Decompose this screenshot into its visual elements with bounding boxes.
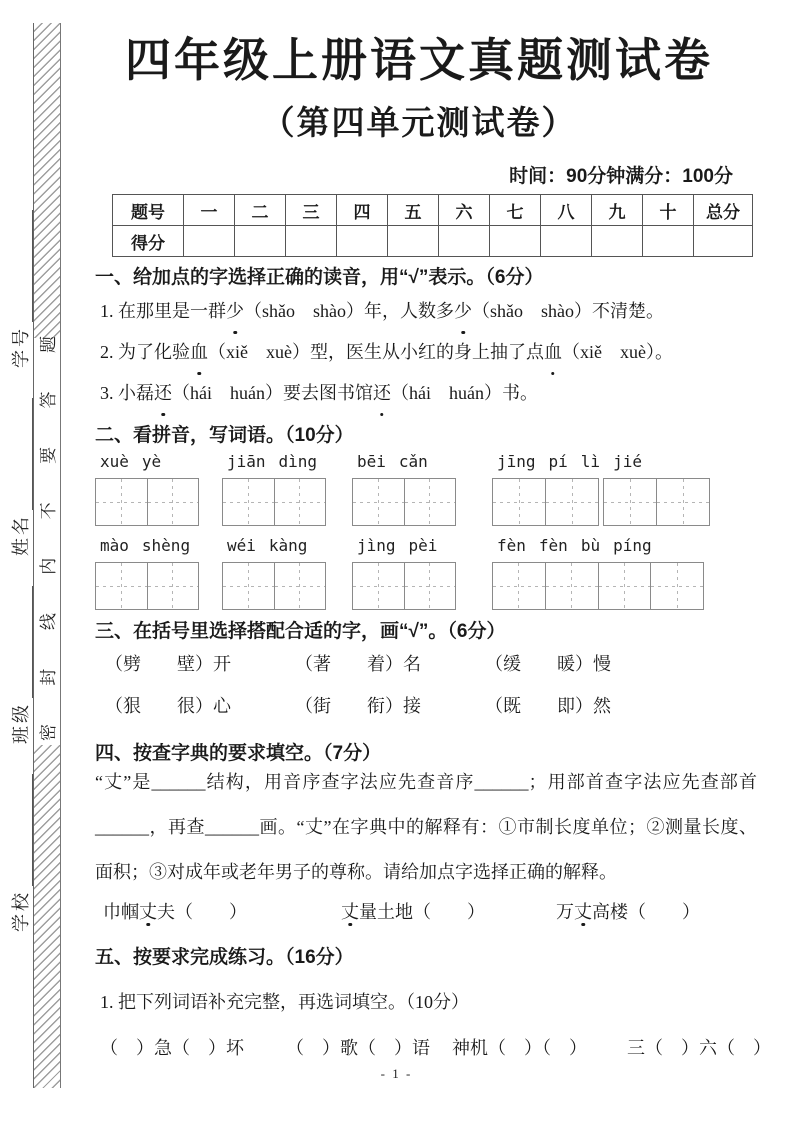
- choice-item: （劈 壁）开: [105, 652, 295, 676]
- writing-cell: [650, 563, 703, 609]
- score-table-header-cell: 六: [439, 195, 490, 226]
- pinyin-syllable: xuè: [100, 452, 129, 473]
- writing-cell: [353, 563, 404, 609]
- writing-cell: [274, 479, 326, 525]
- text-segment: （xiě xuè）型，医生从小红的身上抽了点: [208, 342, 544, 362]
- exam-meta: 时间：90分钟满分：100分: [509, 161, 733, 188]
- writing-cell: [545, 563, 598, 609]
- student-field: 姓名: [7, 398, 33, 556]
- seal-char: 线: [34, 613, 59, 630]
- pinyin-grid-group: jiāndìng: [222, 452, 326, 526]
- section-5-fill-row: （ ）急（ ）坏（ ）歌（ ）语神机（ ）（ ）三（ ）六（ ）: [100, 1034, 771, 1060]
- dotted-char: 血: [190, 332, 208, 373]
- pinyin-label: xuèyè: [100, 452, 199, 473]
- writing-box: [222, 562, 326, 610]
- score-table-header-cell: 十: [643, 195, 694, 226]
- writing-cell: [223, 479, 274, 525]
- score-empty-cell: [643, 226, 694, 257]
- student-field-label: 姓名: [7, 514, 33, 556]
- score-table-header-row: 题号一二三四五六七八九十总分: [113, 195, 753, 226]
- choice-item: （著 着）名: [295, 652, 485, 676]
- question-line: 2. 为了化验血（xiě xuè）型，医生从小红的身上抽了点血（xiě xuè）…: [100, 332, 673, 373]
- idiom-fill-item: （ ）歌（ ）语: [286, 1034, 452, 1060]
- student-field: 学校: [7, 774, 33, 932]
- score-empty-cell: [490, 226, 541, 257]
- writing-box: [492, 478, 599, 526]
- seal-char: 内: [34, 558, 59, 575]
- pinyin-syllable: fèn: [497, 536, 526, 557]
- pinyin-syllable: mào: [100, 536, 129, 557]
- pinyin-grid-group: xuèyè: [95, 452, 199, 526]
- hatch-pattern-bottom: [34, 745, 60, 1088]
- pinyin-syllable: jié: [613, 452, 642, 473]
- text-segment: 万: [556, 902, 574, 922]
- dotted-char: 丈: [341, 898, 359, 924]
- writing-cell: [353, 479, 404, 525]
- pinyin-syllable: shèng: [142, 536, 190, 557]
- question-line: 1. 在那里是一群少（shǎo shào）年，人数多少（shǎo shào）不清…: [100, 291, 673, 332]
- pinyin-syllable: dìng: [279, 452, 318, 473]
- page-number: - 1 -: [0, 1066, 793, 1082]
- writing-cell: [96, 479, 147, 525]
- pinyin-grid-group: jīngpílìjié: [492, 452, 704, 526]
- score-empty-cell: [286, 226, 337, 257]
- writing-cell: [656, 479, 709, 525]
- section-5-heading: 五、按要求完成练习。（16分）: [95, 942, 354, 969]
- pinyin-grid-row: màoshèngwéikàngjìngpèifènfènbùpíng: [95, 536, 704, 610]
- pinyin-syllable: jīng: [497, 452, 536, 473]
- pinyin-label: bēicǎn: [357, 452, 456, 473]
- section-1-items: 1. 在那里是一群少（shǎo shào）年，人数多少（shǎo shào）不清…: [100, 291, 673, 414]
- pinyin-grid-group: bēicǎn: [352, 452, 456, 526]
- section-4-paragraph: “丈”是______结构，用音序查字法应先查音序______；用部首查字法应先查…: [95, 760, 757, 895]
- dictionary-phrase: 巾帼丈夫（ ）: [103, 898, 341, 924]
- score-table-header-cell: 八: [541, 195, 592, 226]
- seal-line-text: 密封线内不要答题: [34, 332, 59, 745]
- student-field-label: 班级: [7, 702, 33, 744]
- text-segment: 高楼（ ）: [592, 902, 700, 922]
- writing-box: [95, 478, 199, 526]
- score-table-score-row: 得分: [113, 226, 753, 257]
- dictionary-phrase: 丈量土地（ ）: [341, 898, 556, 924]
- student-field: 学号: [7, 210, 33, 368]
- text-segment: 2. 为了化验: [100, 342, 190, 362]
- pinyin-syllable: cǎn: [399, 452, 428, 473]
- pinyin-grid-row: xuèyèjiāndìngbēicǎnjīngpílìjié: [95, 452, 704, 526]
- choice-item: （既 即）然: [485, 694, 675, 718]
- dotted-char: 少: [454, 291, 472, 332]
- score-table-header-cell: 三: [286, 195, 337, 226]
- score-empty-cell: [235, 226, 286, 257]
- pinyin-syllable: yè: [142, 452, 161, 473]
- score-empty-cell: [184, 226, 235, 257]
- writing-cell: [493, 563, 545, 609]
- pinyin-label: jìngpèi: [357, 536, 456, 557]
- page-title: 四年级上册语文真题测试卷: [70, 24, 768, 90]
- writing-box: [603, 478, 710, 526]
- dotted-char: 少: [226, 291, 244, 332]
- pinyin-syllable: kàng: [269, 536, 308, 557]
- section-2-heading: 二、看拼音，写词语。（10分）: [95, 420, 354, 447]
- choice-row: （劈 壁）开（著 着）名（缓 暖）慢: [105, 652, 675, 676]
- idiom-fill-item: 神机（ ）（ ）: [452, 1034, 627, 1060]
- student-field-blank: [17, 398, 33, 510]
- exam-paper-page: 学校班级姓名学号 密封线内不要答题 四年级上册语文真题测试卷 （第四单元测试卷）…: [0, 0, 793, 1122]
- writing-box: [95, 562, 199, 610]
- pinyin-label: fènfènbùpíng: [497, 536, 704, 557]
- text-segment: 量土地（ ）: [359, 902, 485, 922]
- dotted-char: 丈: [574, 898, 592, 924]
- text-segment: （shǎo shào）不清楚。: [472, 301, 664, 321]
- text-segment: 1. 在那里是一群: [100, 301, 226, 321]
- seal-char: 不: [34, 502, 59, 519]
- pinyin-syllable: lì: [581, 452, 600, 473]
- choice-item: （狠 很）心: [105, 694, 295, 718]
- writing-cell: [604, 479, 656, 525]
- text-segment: （shǎo shào）年，人数多: [244, 301, 454, 321]
- choice-item: （街 衔）接: [295, 694, 485, 718]
- writing-cell: [404, 479, 456, 525]
- writing-cell: [274, 563, 326, 609]
- section-2-pinyin-grids: xuèyèjiāndìngbēicǎnjīngpílìjiémàoshèngwé…: [95, 452, 704, 610]
- text-segment: （hái huán）书。: [391, 383, 538, 403]
- section-5-item-1: 1. 把下列词语补充完整，再选词填空。（10分）: [100, 988, 469, 1014]
- dotted-char: 还: [154, 373, 172, 414]
- seal-char: 要: [34, 447, 59, 464]
- pinyin-grid-group: màoshèng: [95, 536, 199, 610]
- student-field-label: 学号: [7, 326, 33, 368]
- student-field: 班级: [7, 586, 33, 744]
- writing-box: [492, 562, 704, 610]
- section-3-items: （劈 壁）开（著 着）名（缓 暖）慢（狠 很）心（街 衔）接（既 即）然: [105, 652, 675, 718]
- writing-cell: [598, 563, 651, 609]
- pinyin-syllable: pí: [549, 452, 568, 473]
- writing-box: [352, 562, 456, 610]
- student-field-blank: [17, 774, 33, 886]
- dotted-char: 丈: [139, 898, 157, 924]
- dotted-char: 血: [544, 332, 562, 373]
- text-segment: （xiě xuè）。: [562, 342, 673, 362]
- pinyin-syllable: píng: [613, 536, 652, 557]
- seal-char: 封: [34, 669, 59, 686]
- section-1-heading: 一、给加点的字选择正确的读音，用“√”表示。（6分）: [95, 262, 544, 289]
- score-table-header-cell: 一: [184, 195, 235, 226]
- pinyin-syllable: bēi: [357, 452, 386, 473]
- writing-box: [352, 478, 456, 526]
- student-field-label: 学校: [7, 890, 33, 932]
- pinyin-syllable: jiān: [227, 452, 266, 473]
- score-row-label: 得分: [113, 226, 184, 257]
- student-field-blank: [17, 586, 33, 698]
- question-line: 3. 小磊还（hái huán）要去图书馆还（hái huán）书。: [100, 373, 673, 414]
- pinyin-label: jiāndìng: [227, 452, 326, 473]
- pinyin-syllable: pèi: [409, 536, 438, 557]
- seal-char: 答: [34, 391, 59, 408]
- choice-item: （缓 暖）慢: [485, 652, 675, 676]
- text-segment: 3. 小磊: [100, 383, 154, 403]
- text-segment: （hái huán）要去图书馆: [172, 383, 373, 403]
- writing-box-pair: [492, 478, 704, 526]
- pinyin-grid-group: wéikàng: [222, 536, 326, 610]
- pinyin-label: màoshèng: [100, 536, 199, 557]
- text-segment: 夫（ ）: [157, 902, 247, 922]
- pinyin-label: wéikàng: [227, 536, 326, 557]
- text-segment: 巾帼: [103, 902, 139, 922]
- dictionary-phrase: 万丈高楼（ ）: [556, 898, 700, 924]
- score-table-header-cell: 九: [592, 195, 643, 226]
- writing-cell: [545, 479, 598, 525]
- score-table-corner-cell: 题号: [113, 195, 184, 226]
- section-3-heading: 三、在括号里选择搭配合适的字，画“√”。（6分）: [95, 616, 506, 643]
- writing-cell: [223, 563, 274, 609]
- student-info-fields: 学校班级姓名学号: [5, 137, 33, 936]
- score-table-header-cell: 总分: [694, 195, 753, 226]
- choice-row: （狠 很）心（街 衔）接（既 即）然: [105, 694, 675, 718]
- score-empty-cell: [337, 226, 388, 257]
- writing-box: [222, 478, 326, 526]
- hatch-pattern-top: [34, 23, 60, 338]
- pinyin-grid-group: fènfènbùpíng: [492, 536, 704, 610]
- pinyin-grid-group: jìngpèi: [352, 536, 456, 610]
- score-table-grid: 题号一二三四五六七八九十总分得分: [112, 194, 753, 257]
- score-table-header-cell: 五: [388, 195, 439, 226]
- student-field-blank: [17, 210, 33, 322]
- idiom-fill-item: （ ）急（ ）坏: [100, 1034, 286, 1060]
- pinyin-syllable: jìng: [357, 536, 396, 557]
- pinyin-label: jīngpílìjié: [497, 452, 704, 473]
- score-table-header-cell: 四: [337, 195, 388, 226]
- page-subtitle: （第四单元测试卷）: [70, 97, 768, 144]
- score-empty-cell: [592, 226, 643, 257]
- seal-char: 密: [34, 724, 59, 741]
- writing-cell: [404, 563, 456, 609]
- writing-cell: [147, 479, 199, 525]
- dotted-char: 还: [373, 373, 391, 414]
- score-empty-cell: [694, 226, 753, 257]
- score-table: 题号一二三四五六七八九十总分得分: [112, 194, 753, 257]
- score-table-header-cell: 七: [490, 195, 541, 226]
- pinyin-syllable: wéi: [227, 536, 256, 557]
- score-table-header-cell: 二: [235, 195, 286, 226]
- score-empty-cell: [388, 226, 439, 257]
- pinyin-syllable: bù: [581, 536, 600, 557]
- seal-char: 题: [34, 336, 59, 353]
- score-empty-cell: [439, 226, 490, 257]
- idiom-fill-item: 三（ ）六（ ）: [627, 1034, 771, 1060]
- pinyin-syllable: fèn: [539, 536, 568, 557]
- writing-cell: [96, 563, 147, 609]
- score-empty-cell: [541, 226, 592, 257]
- writing-cell: [147, 563, 199, 609]
- writing-cell: [493, 479, 545, 525]
- section-4-phrases: 巾帼丈夫（ ）丈量土地（ ）万丈高楼（ ）: [103, 898, 700, 924]
